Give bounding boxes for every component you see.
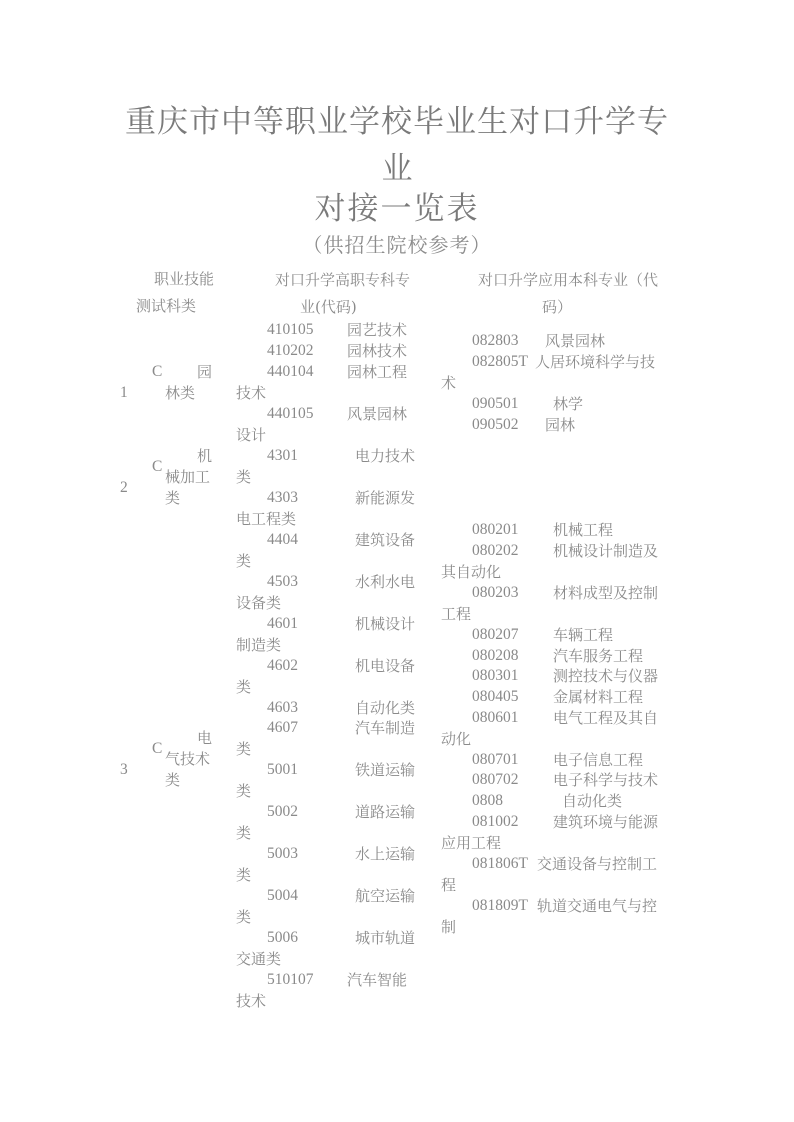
category-name: 电 bbox=[197, 728, 212, 748]
category-name: 械加工 bbox=[165, 467, 210, 487]
vocational-name: 铁道运输 bbox=[355, 760, 415, 780]
vocational-code: 4301 bbox=[267, 446, 298, 466]
vocational-code: 5003 bbox=[267, 844, 298, 864]
vocational-code: 5004 bbox=[267, 886, 298, 906]
undergrad-code: 080208 bbox=[472, 646, 519, 666]
vocational-code: 4503 bbox=[267, 572, 298, 592]
vocational-name: 机电设备 bbox=[355, 656, 415, 676]
undergrad-name: 金属材料工程 bbox=[553, 687, 643, 707]
vocational-name-cont: 设备类 bbox=[236, 593, 281, 613]
vocational-name: 道路运输 bbox=[355, 802, 415, 822]
header-col3-line1: 对口升学应用本科专业（代 bbox=[478, 270, 658, 290]
undergrad-code: 082803 bbox=[472, 331, 519, 351]
undergrad-name: 人居环境科学与技 bbox=[535, 352, 655, 372]
undergrad-name: 电气工程及其自 bbox=[553, 708, 658, 728]
header-col3-line2: 码） bbox=[542, 297, 572, 317]
undergrad-name-cont: 制 bbox=[441, 917, 456, 937]
category-name: 林类 bbox=[165, 383, 195, 403]
undergrad-name: 交通设备与控制工 bbox=[537, 854, 657, 874]
undergrad-name: 材料成型及控制 bbox=[553, 583, 658, 603]
undergrad-name-cont: 术 bbox=[441, 373, 456, 393]
category-prefix: C bbox=[152, 457, 162, 477]
vocational-code: 5002 bbox=[267, 802, 298, 822]
vocational-code: 440104 bbox=[267, 362, 314, 382]
undergrad-code: 081809T bbox=[472, 896, 528, 916]
undergrad-code: 080202 bbox=[472, 541, 519, 561]
undergrad-name-cont: 程 bbox=[441, 875, 456, 895]
vocational-code: 5006 bbox=[267, 928, 298, 948]
vocational-name: 汽车制造 bbox=[355, 718, 415, 738]
undergrad-name-cont: 工程 bbox=[441, 604, 471, 624]
undergrad-code: 080405 bbox=[472, 687, 519, 707]
category-name: 气技术 bbox=[165, 749, 210, 769]
undergrad-code: 080702 bbox=[472, 770, 519, 790]
vocational-name-cont: 技术 bbox=[236, 991, 266, 1011]
vocational-code: 4603 bbox=[267, 698, 298, 718]
vocational-code: 4303 bbox=[267, 488, 298, 508]
vocational-code: 4607 bbox=[267, 718, 298, 738]
category-name: 机 bbox=[197, 446, 212, 466]
undergrad-code: 081806T bbox=[472, 854, 528, 874]
vocational-code: 410202 bbox=[267, 341, 314, 361]
vocational-code: 4404 bbox=[267, 530, 298, 550]
undergrad-name: 林学 bbox=[553, 394, 583, 414]
vocational-name: 新能源发 bbox=[355, 488, 415, 508]
vocational-name: 汽车智能 bbox=[347, 970, 407, 990]
vocational-name: 水上运输 bbox=[355, 844, 415, 864]
vocational-name-cont: 类 bbox=[236, 907, 251, 927]
vocational-name-cont: 类 bbox=[236, 823, 251, 843]
vocational-name-cont: 电工程类 bbox=[236, 509, 296, 529]
undergrad-name: 轨道交通电气与控 bbox=[537, 896, 657, 916]
vocational-name: 电力技术 bbox=[355, 446, 415, 466]
undergrad-name: 机械工程 bbox=[553, 520, 613, 540]
vocational-name: 城市轨道 bbox=[355, 928, 415, 948]
category-name: 园 bbox=[197, 362, 212, 382]
vocational-name-cont: 类 bbox=[236, 781, 251, 801]
category-prefix: C bbox=[152, 739, 162, 759]
category-name: 类 bbox=[165, 770, 180, 790]
undergrad-name: 电子信息工程 bbox=[553, 750, 643, 770]
undergrad-code: 090501 bbox=[472, 394, 519, 414]
vocational-name: 园林技术 bbox=[347, 341, 407, 361]
vocational-name-cont: 交通类 bbox=[236, 949, 281, 969]
vocational-name: 水利水电 bbox=[355, 572, 415, 592]
undergrad-name-cont: 动化 bbox=[441, 729, 471, 749]
undergrad-name: 机械设计制造及 bbox=[553, 541, 658, 561]
undergrad-code: 080701 bbox=[472, 750, 519, 770]
vocational-code: 4601 bbox=[267, 614, 298, 634]
row-index: 2 bbox=[120, 478, 128, 498]
undergrad-code: 081002 bbox=[472, 812, 519, 832]
vocational-name-cont: 类 bbox=[236, 865, 251, 885]
vocational-name-cont: 类 bbox=[236, 739, 251, 759]
page-title-continuation: 业 bbox=[0, 143, 794, 188]
undergrad-code: 080601 bbox=[472, 708, 519, 728]
undergrad-code: 080207 bbox=[472, 625, 519, 645]
undergrad-name-cont: 应用工程 bbox=[441, 833, 501, 853]
header-col1-line1: 职业技能 bbox=[154, 269, 214, 289]
undergrad-code: 080203 bbox=[472, 583, 519, 603]
undergrad-name: 车辆工程 bbox=[553, 625, 613, 645]
vocational-name: 园林工程 bbox=[347, 362, 407, 382]
undergrad-code: 080201 bbox=[472, 520, 519, 540]
vocational-name-cont: 类 bbox=[236, 551, 251, 571]
undergrad-name: 风景园林 bbox=[545, 331, 605, 351]
row-index: 3 bbox=[120, 760, 128, 780]
vocational-code: 5001 bbox=[267, 760, 298, 780]
header-col2-line1: 对口升学高职专科专 bbox=[275, 270, 410, 290]
undergrad-code: 090502 bbox=[472, 415, 519, 435]
vocational-code: 410105 bbox=[267, 320, 314, 340]
vocational-name-cont: 类 bbox=[236, 467, 251, 487]
undergrad-name-cont: 其自动化 bbox=[441, 562, 501, 582]
vocational-code: 440105 bbox=[267, 404, 314, 424]
vocational-name-cont: 类 bbox=[236, 677, 251, 697]
undergrad-name: 测控技术与仪器 bbox=[553, 666, 658, 686]
vocational-name: 风景园林 bbox=[347, 404, 407, 424]
undergrad-name: 自动化类 bbox=[562, 791, 622, 811]
vocational-name: 园艺技术 bbox=[347, 320, 407, 340]
undergrad-name: 建筑环境与能源 bbox=[553, 812, 658, 832]
vocational-name: 自动化类 bbox=[355, 698, 415, 718]
undergrad-code: 082805T bbox=[472, 352, 528, 372]
header-col1-line2: 测试科类 bbox=[136, 296, 196, 316]
row-index: 1 bbox=[120, 383, 128, 403]
page-title: 重庆市中等职业学校毕业生对口升学专 bbox=[0, 96, 794, 141]
vocational-name: 机械设计 bbox=[355, 614, 415, 634]
undergrad-code: 080301 bbox=[472, 666, 519, 686]
page-title-line3: 对接一览表 bbox=[0, 183, 794, 228]
undergrad-code: 0808 bbox=[472, 791, 503, 811]
vocational-code: 510107 bbox=[267, 970, 314, 990]
vocational-name-cont: 制造类 bbox=[236, 635, 281, 655]
header-col2-line2: 业(代码) bbox=[300, 297, 357, 317]
vocational-name-cont: 设计 bbox=[236, 425, 266, 445]
vocational-name-cont: 技术 bbox=[236, 383, 266, 403]
undergrad-name: 电子科学与技术 bbox=[553, 770, 658, 790]
page-subtitle: （供招生院校参考） bbox=[0, 229, 794, 258]
undergrad-name: 汽车服务工程 bbox=[553, 646, 643, 666]
category-name: 类 bbox=[165, 488, 180, 508]
vocational-code: 4602 bbox=[267, 656, 298, 676]
vocational-name: 航空运输 bbox=[355, 886, 415, 906]
undergrad-name: 园林 bbox=[545, 415, 575, 435]
category-prefix: C bbox=[152, 362, 162, 382]
vocational-name: 建筑设备 bbox=[355, 530, 415, 550]
